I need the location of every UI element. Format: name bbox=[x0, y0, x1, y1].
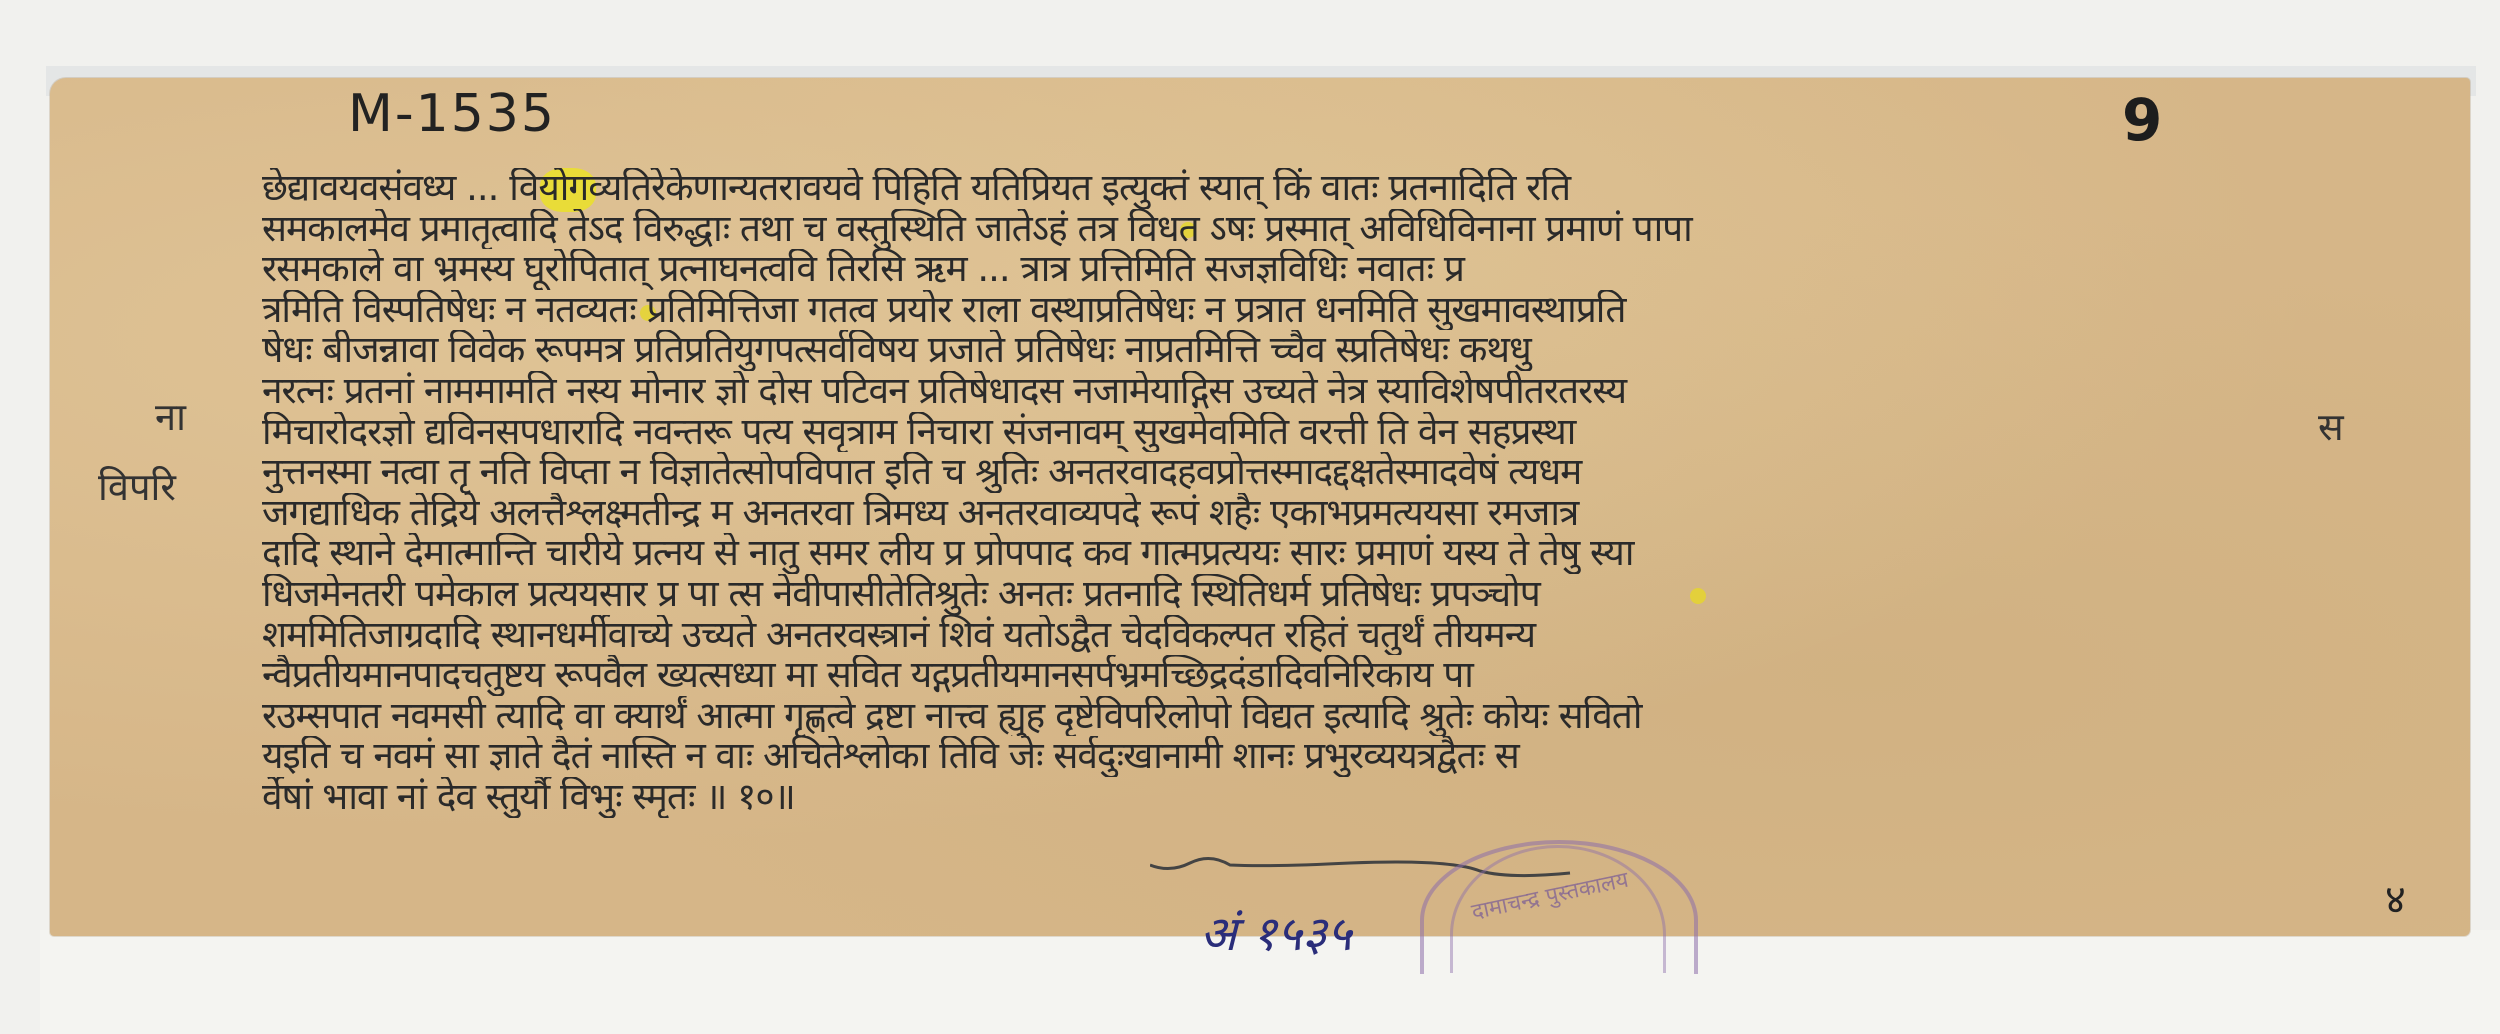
text-line: दादि स्थाने देमात्मान्ति चारीये प्रत्नय … bbox=[262, 533, 2252, 574]
text-line: मिचारोदरज्ञो द्यविनसपधारादि नवन्तरू पत्य… bbox=[262, 412, 2252, 453]
text-line: षेधः बीजन्नावा विवेक रूपमत्र प्रतिप्रतिय… bbox=[262, 330, 2252, 371]
text-line: नुत्तनस्मा नत्वा तृ नति विप्ता न विज्ञात… bbox=[262, 452, 2252, 493]
text-line: रउम्सपात नवमसी त्यादि वा क्यार्थं आत्मा … bbox=[262, 696, 2252, 737]
text-line: शममितिजाग्रदादि स्थानधर्मीवाच्ये उच्यते … bbox=[262, 615, 2252, 656]
folio-number: 9 bbox=[2122, 86, 2162, 154]
text-line: जगद्याधिक तेद्रिये अलत्तैश्लक्ष्मतीन्द्र… bbox=[262, 493, 2252, 534]
text-line: रसमकाले वा भ्रमस्य घूरोपितात् प्रत्नाघनत… bbox=[262, 249, 2252, 290]
margin-note-right: स bbox=[2318, 400, 2344, 452]
text-line: यइति च नवमं सा ज्ञाते दैतं नास्ति न वाः … bbox=[262, 736, 2252, 777]
text-line: नरत्नः प्रतनां नाममामति नस्य मोनार ज्ञो … bbox=[262, 371, 2252, 412]
text-line: त्रमिति विस्पतिषेधः न नतव्यतः प्रतिमित्त… bbox=[262, 290, 2252, 331]
accession-number: अं १५३५ bbox=[1200, 900, 1352, 965]
catalog-number: M-1535 bbox=[348, 84, 556, 144]
text-line: छेद्यावयवसंवध्य ... वियोगव्यतिरेकेणान्यत… bbox=[262, 168, 2252, 209]
text-line: धिजमेनतरी पमेकाल प्रत्ययसार प्र पा त्स न… bbox=[262, 574, 2252, 615]
text-line: न्वैप्रतीयमानपादचतुष्टय रूपवैल ख्यत्सध्य… bbox=[262, 655, 2252, 696]
side-number: ४ bbox=[2385, 870, 2406, 925]
text-line: र्वेषां भावा नां देव स्तुर्यौ विभुः स्मृ… bbox=[262, 777, 2252, 818]
text-line: समकालमेव प्रमातृत्वादि तेऽद विरुद्धाः तथ… bbox=[262, 209, 2252, 250]
margin-note-left-top: ना bbox=[155, 390, 186, 442]
manuscript-text-block: छेद्यावयवसंवध्य ... वियोगव्यतिरेकेणान्यत… bbox=[262, 168, 2252, 818]
margin-note-left-bottom: विपरि bbox=[98, 460, 176, 512]
